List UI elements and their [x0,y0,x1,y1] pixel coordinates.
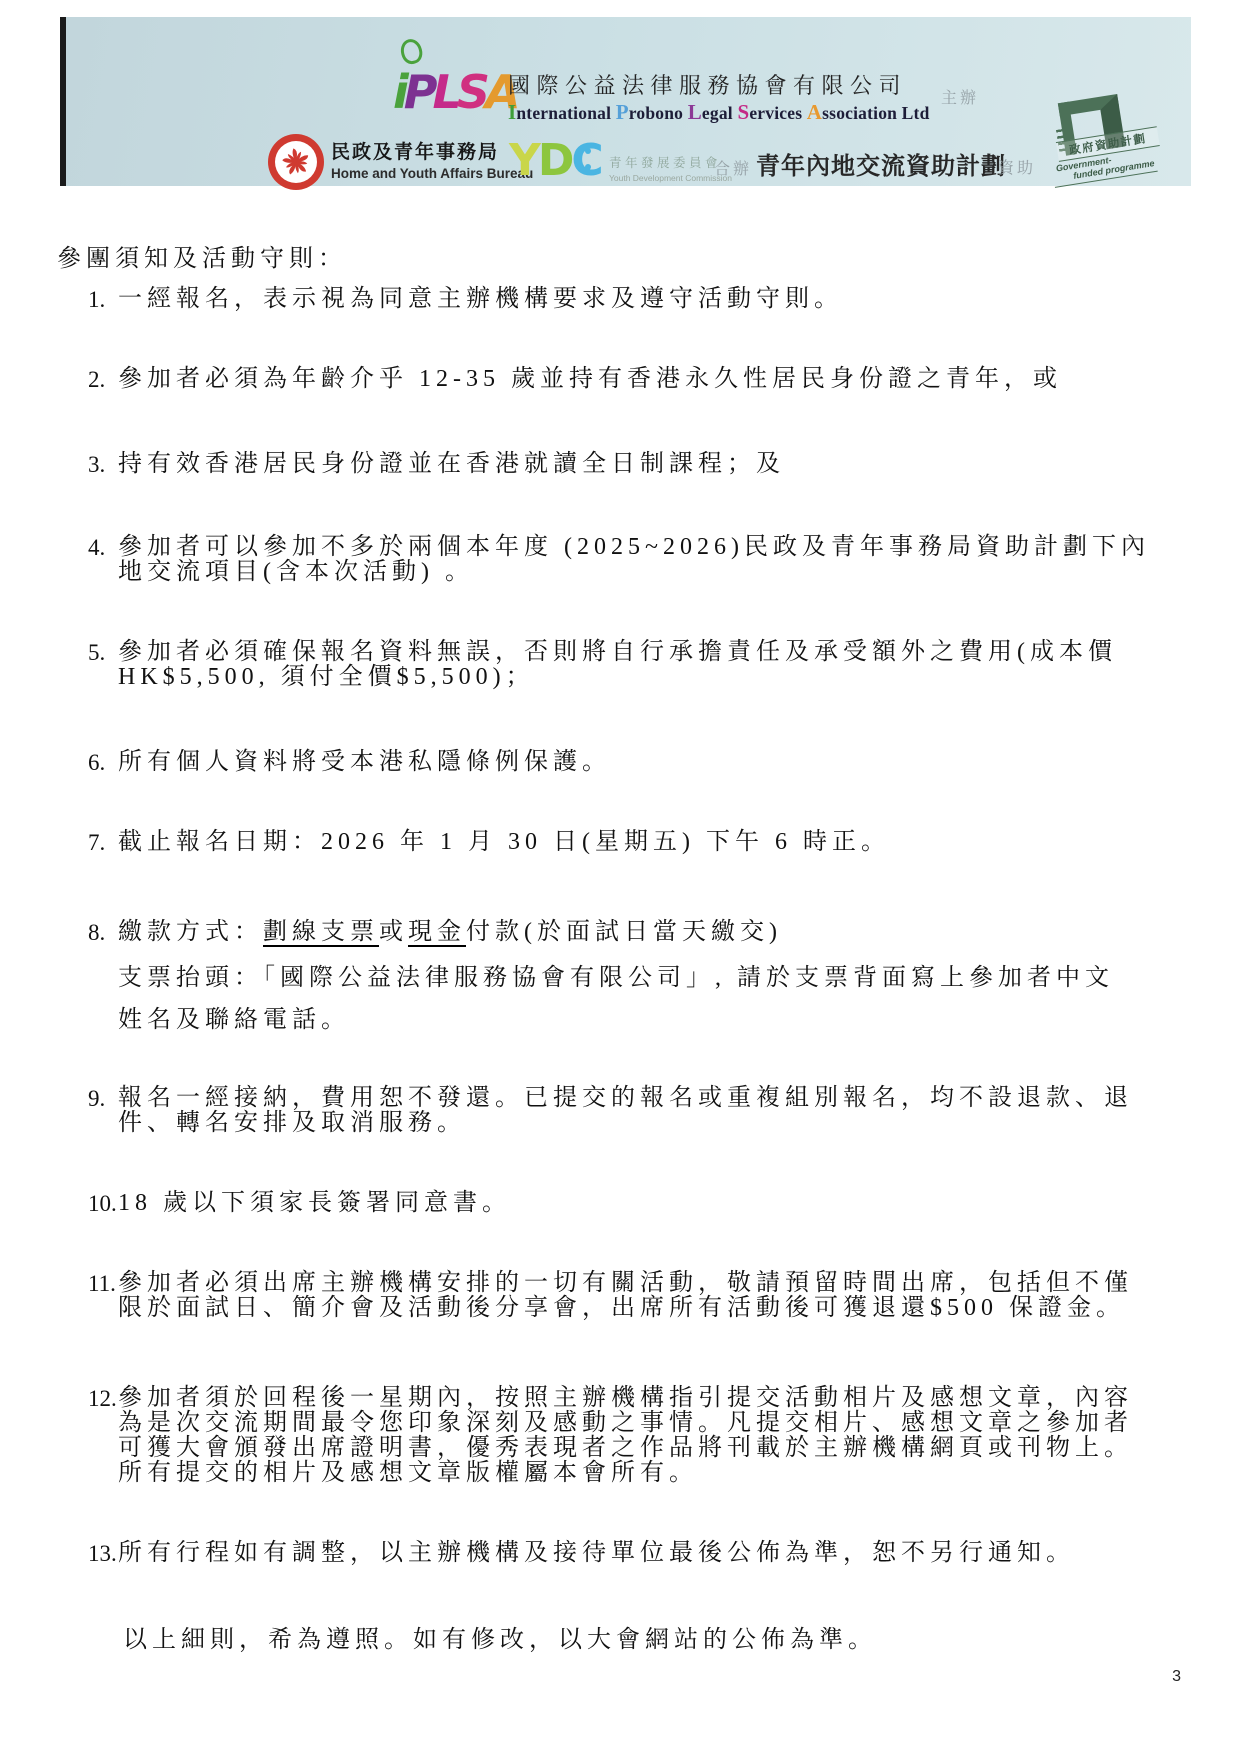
item-number: 5. [88,640,118,690]
item-number: 2. [88,367,118,392]
payment-method-crossed-cheque: 劃線支票 [263,919,379,947]
item-number: 6. [88,750,118,775]
item-number: 12. [88,1386,118,1486]
cohost-role-label: 合辦 [714,156,752,179]
item-text: 參加者須於回程後一星期內，按照主辦機構指引提交活動相片及感想文章，內容 [118,1386,1133,1411]
rule-item-8: 8. 繳款方式：劃線支票或現金付款(於面試日當天繳交) 支票抬頭：「國際公益法律… [88,920,1241,1041]
item-text: 18 歲以下須家長簽署同意書。 [118,1191,511,1216]
ydc-logo: YDC [509,135,601,186]
organizer-role-label: 主辦 [941,85,979,108]
rule-item-12: 12. 參加者須於回程後一星期內，按照主辦機構指引提交活動相片及感想文章，內容 … [88,1386,1241,1486]
ydc-letter: D [538,135,572,186]
item-text: 姓名及聯絡電話。 [118,999,1114,1041]
item-text: 一經報名，表示視為同意主辦機構要求及遵守活動守則。 [118,287,843,312]
payment-suffix: 付款(於面試日當天繳交) [466,919,782,945]
item-number: 10. [88,1191,118,1216]
rule-item-11: 11. 參加者必須出席主辦機構安排的一切有關活動，敬請預留時間出席，包括但不僅 … [88,1271,1241,1321]
item-text: HK$5,500, 須付全價$5,500)； [118,665,1117,690]
org-en-word: nternational [516,103,615,123]
page-number: 3 [1172,1668,1181,1686]
organizer-name-zh: 國際公益法律服務協會有限公司 [508,69,907,100]
bureau-name-en: Home and Youth Affairs Bureau [331,166,533,181]
bauhinia-flower-icon [279,145,313,179]
item-text: 限於面試日、簡介會及活動後分享會，出席所有活動後可獲退還$500 保證金。 [118,1296,1133,1321]
closing-note: 以上細則，希為遵照。如有修改，以大會網站的公佈為準。 [123,1619,1241,1654]
item-number: 9. [88,1086,118,1136]
org-en-word: ervices [749,103,806,123]
iplsa-letter: i [393,65,404,119]
iplsa-doodle-head-icon [398,37,424,66]
item-number: 13. [88,1541,118,1566]
item-text: 件、轉名安排及取消服務。 [118,1111,1133,1136]
item-number: 7. [88,830,118,855]
item-text: 所有個人資料將受本港私隱條例保護。 [118,750,611,775]
item-text: 繳款方式：劃線支票或現金付款(於面試日當天繳交) [118,920,1114,945]
ydc-letter: Y [509,135,538,186]
item-text: 截止報名日期：2026 年 1 月 30 日(星期五) 下午 6 時正。 [118,830,890,855]
item-number: 4. [88,535,118,585]
item-text: 為是次交流期間最令您印象深刻及感動之事情。凡提交相片、感想文章之參加者 [118,1411,1133,1436]
item-text: 地交流項目(含本次活動) 。 [118,560,1150,585]
iplsa-letter: P [404,65,433,119]
item-number: 8. [88,920,118,1041]
bureau-name-zh: 民政及青年事務局 [331,137,533,164]
cheque-payee-note: 支票抬頭：「國際公益法律服務協會有限公司」, 請於支票背面寫上參加者中文 姓名及… [118,957,1114,1041]
iplsa-logo: iPLSA [393,39,513,125]
org-en-cap: S [737,100,749,124]
item-text: 參加者必須出席主辦機構安排的一切有關活動，敬請預留時間出席，包括但不僅 [118,1271,1133,1296]
payment-or: 或 [379,919,408,945]
item-text: 持有效香港居民身份證並在香港就讀全日制課程；及 [118,452,785,477]
org-en-cap: A [807,100,822,124]
iplsa-logo-letters: iPLSA [393,65,516,119]
item-text: 報名一經接納，費用恕不發還。已提交的報名或重複組別報名，均不設退款、退 [118,1086,1133,1111]
scheme-name: 青年內地交流資助計劃 [756,146,1006,181]
payment-method-cash: 現金 [408,919,466,947]
rule-item-5: 5. 參加者必須確保報名資料無誤，否則將自行承擔責任及承受額外之費用(成本價 H… [88,640,1241,690]
rule-item-4: 4. 參加者可以參加不多於兩個本年度 (2025~2026)民政及青年事務局資助… [88,535,1241,585]
organizer-name-en: International Probono Legal Services Ass… [508,100,930,125]
item-number: 1. [88,287,118,312]
document-body: 參團須知及活動守則： 1. 一經報名，表示視為同意主辦機構要求及遵守活動守則。 … [0,238,1241,1654]
rule-item-7: 7. 截止報名日期：2026 年 1 月 30 日(星期五) 下午 6 時正。 [88,830,1241,855]
org-en-word: robono [629,103,688,123]
hksar-emblem-icon [268,134,324,190]
funder-role-label: 資助 [998,155,1036,178]
org-en-word: ssociation Ltd [822,103,929,123]
ydc-face-dots-icon [585,148,591,170]
item-number: 11. [88,1271,118,1321]
org-en-cap: P [616,100,629,124]
page-title: 參團須知及活動守則： [57,238,1241,273]
rules-list: 1. 一經報名，表示視為同意主辦機構要求及遵守活動守則。 2. 參加者必須為年齡… [0,287,1241,1566]
iplsa-letter: S [457,65,485,119]
rule-item-2: 2. 參加者必須為年齡介乎 12-35 歲並持有香港永久性居民身份證之青年，或 [88,367,1241,392]
item-text: 參加者可以參加不多於兩個本年度 (2025~2026)民政及青年事務局資助計劃下… [118,535,1150,560]
header-banner: iPLSA 國際公益法律服務協會有限公司 International Probo… [60,17,1191,186]
ydc-letter: C [571,135,600,186]
rule-item-6: 6. 所有個人資料將受本港私隱條例保護。 [88,750,1241,775]
org-en-cap: L [688,100,702,124]
item-text: 可獲大會頒發出席證明書，優秀表現者之作品將刊載於主辦機構網頁或刊物上。 [118,1436,1133,1461]
rule-item-3: 3. 持有效香港居民身份證並在香港就讀全日制課程；及 [88,452,1241,477]
item-text: 所有行程如有調整，以主辦機構及接待單位最後公佈為準，恕不另行通知。 [118,1541,1075,1566]
government-funded-programme-logo: 政府資助計劃 Government- funded programme [1034,74,1168,192]
rule-item-10: 10. 18 歲以下須家長簽署同意書。 [88,1191,1241,1216]
item-text: 參加者必須為年齡介乎 12-35 歲並持有香港永久性居民身份證之青年，或 [118,367,1062,392]
item-text: 支票抬頭：「國際公益法律服務協會有限公司」, 請於支票背面寫上參加者中文 [118,957,1114,999]
item-text: 參加者必須確保報名資料無誤，否則將自行承擔責任及承受額外之費用(成本價 [118,640,1117,665]
rule-item-1: 1. 一經報名，表示視為同意主辦機構要求及遵守活動守則。 [88,287,1241,312]
bureau-name-block: 民政及青年事務局 Home and Youth Affairs Bureau [331,137,533,181]
iplsa-letter: L [433,65,457,119]
item-number: 3. [88,452,118,477]
org-en-word: egal [702,103,738,123]
payment-prefix: 繳款方式： [118,919,263,945]
item-text: 所有提交的相片及感想文章版權屬本會所有。 [118,1461,1133,1486]
rule-item-9: 9. 報名一經接納，費用恕不發還。已提交的報名或重複組別報名，均不設退款、退 件… [88,1086,1241,1136]
rule-item-13: 13. 所有行程如有調整，以主辦機構及接待單位最後公佈為準，恕不另行通知。 [88,1541,1241,1566]
